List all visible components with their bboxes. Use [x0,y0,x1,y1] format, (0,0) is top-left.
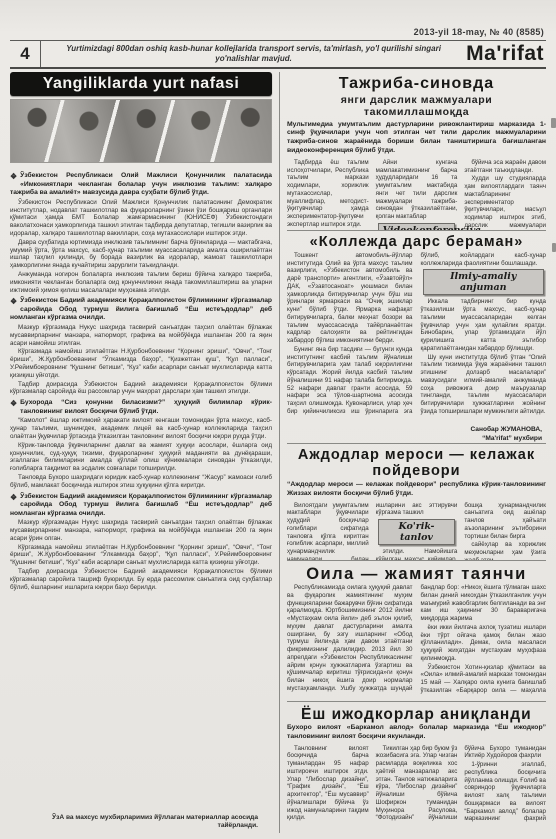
article-paragraph: Шу куни институтда бўлиб ўтган “Олий таъ… [421,354,547,416]
scan-artifact [552,243,556,252]
brief-paragraph: Мазкур кўргазмада Нукус шаҳрида тасвирий… [10,324,272,347]
news-briefs-column: Yangiliklarda yurt nafasi ❖Ўзбекистон Ре… [10,72,280,833]
article-title: Оила — жамият таянчи [287,565,546,583]
article-body-columns: Танловнинг вилоят босқичида барча туманл… [287,745,546,833]
brief-paragraph: Мазкур кўргазмадан Нукус шаҳрида тасвири… [10,519,272,542]
article-oila-jamiyat-tayanchi: Оила — жамият таянчи Республикамизда оил… [287,560,546,701]
masthead-band: 4 Yurtimizdagi 800dan oshiq kasb-hunar k… [10,40,546,69]
article-kollejda-dars-beraman: «Коллежда дарс бераман» Тошкент автомоби… [287,230,546,443]
article-subtitle: янги дарслик мажмуалари такомиллашмоқда [287,94,546,118]
brief-marker-icon: ❖ [10,172,17,182]
brief-paragraph: Кўргазмада намойиш этилаётган Н.Қурбонбо… [10,544,272,567]
article-paragraph: Тошкент автомобиль-йўллар институтида Ол… [287,252,413,345]
page-content: Yangiliklarda yurt nafasi ❖Ўзбекистон Ре… [10,72,546,833]
brief-paragraph: Танловда Бухоро шаҳридаги юридик касб-ҳу… [10,474,272,490]
article-title: Ёш ижодкорлар аниқланди [287,706,546,723]
article-lead: Мультимедиа умумтаълим дастурларини риво… [287,121,546,156]
article-lead: Бухоро вилоят «Баркамол авлод» болалар м… [287,724,546,742]
article-paragraph: Танловнинг вилоят босқичида барча туманл… [287,745,369,823]
article-lead: “Аждодлар мероси — келажак пойдевори” ре… [287,481,546,499]
article-ajdodlar-merosi: Аждодлар мероси — келажак пойдевори “Ажд… [287,443,546,560]
scan-artifact [551,118,556,128]
issue-date: 2013-yil 18-may, № 40 (8585) [414,27,544,37]
article-body-columns: Республикамизда оилага ҳуқуқий давлат ва… [287,584,546,696]
masthead-teaser: Yurtimizdagi 800dan oshiq kasb-hunar kol… [41,44,466,64]
article-paragraph: Тадбирда ёш таълим ислоҳотчилари, Респуб… [287,159,369,229]
brief-paragraph: Кўргазмада намойиш этилаётган Н.Қурбонбо… [10,348,272,379]
article-title: Аждодлар мероси — келажак пойдевори [287,448,546,480]
article-paragraph: Айни кунгача мамлакатимизнинг барча ҳуду… [376,159,458,221]
news-briefs-list: ❖Ўзбекистон Республикаси Олий Мажлиси Қо… [10,169,272,810]
column-signoff: ЎзА ва махсус мухбирларимиз йўллаган мат… [10,814,258,831]
article-body-columns: Тадбирда ёш таълим ислоҳотчилари, Респуб… [287,159,546,230]
brief-paragraph: Ўзбекистон Республикаси Олий Мажлиси Қон… [10,199,272,238]
article-body-columns: Вилоятдаги умумтаълим мактаблари ўқувчил… [287,502,546,560]
brief-marker-icon: ❖ [10,297,17,307]
articles-column: Тажриба-синовда янги дарслик мажмуалари … [280,72,546,833]
article-yosh-ijodkorlar: Ёш ижодкорлар аниқланди Бухоро вилоят «Б… [287,701,546,833]
article-body-columns: Тошкент автомобиль-йўллар институтида Ол… [287,252,546,424]
brief-paragraph: Тадбир доирасида Ўзбекистон Бадиий акаде… [10,568,272,591]
brief-marker-icon: ❖ [10,493,17,503]
brief-lead: ❖Ўзбекистон Бадиий академияси Қорақалпоғ… [10,297,272,323]
brief-lead: ❖Бухорода “Сиз қонунни биласизми?” ҳуқуқ… [10,399,272,416]
brief-paragraph: “Камолот” ёшлар ижтимоий ҳаракати вилоят… [10,417,272,440]
newspaper-logo: Ma'rifat [466,42,546,66]
article-paragraph: Иккала тадбирнинг бир кунда ўтказилиши ў… [421,298,547,352]
rubric-box-korik-tanlov: Ko'rik-tanlov [378,519,456,545]
brief-paragraph: Давра суҳбатида юртимизда инклюзив таъли… [10,239,272,270]
byline-name: Санобар ЖУМАНОВА, [470,426,542,433]
brief-paragraph: Тадбир доирасида Ўзбекистон Бадиий акаде… [10,381,272,397]
article-tajriba-sinovda: Тажриба-синовда янги дарслик мажмуалари … [287,72,546,230]
brief-paragraph: Анжуманда ногирон болаларга инклюзив таъ… [10,271,272,294]
brief-lead-text: Бухорода “Сиз қонунни биласизми?” ҳуқуқи… [20,399,272,415]
rubric-box-ilmiy-amaliy-anjuman: Ilmiy-amaliy anjuman [423,269,545,295]
article-title: Тажриба-синовда [287,75,546,93]
page-number: 4 [10,41,41,67]
portraits-photo-montage [10,99,272,163]
article-title: «Коллежда дарс бераман» [287,235,546,251]
brief-lead-text: Ўзбекистон Республикаси Олий Мажлиси Қон… [10,172,272,196]
brief-paragraph: Кўрик-танловда ўқувчиларнинг давлат ва ж… [10,442,272,473]
rubric-box-videokonferensiya: Videokonferensiya [378,223,456,230]
brief-lead-text: Ўзбекистон Бадиий академияси Қорақалпоғи… [10,297,272,321]
article-byline: Санобар ЖУМАНОВА, “Ma'rifat” мухбири [287,426,542,443]
article-paragraph: сайёҳлар ва хорижлик меҳмонларни ҳам ўзи… [464,541,546,560]
column-banner-title: Yangiliklarda yurt nafasi [10,72,272,96]
article-paragraph: ёки икки йилгача ахлоқ тузатиш ишлари ёк… [421,624,547,663]
brief-lead-text: Ўзбекистон Бадиий академияси Қорақалпоғи… [10,493,272,517]
article-paragraph: бўйича эса жараён давом этаётгани таъкид… [464,159,546,175]
brief-lead: ❖Ўзбекистон Бадиий академияси Қорақалпоғ… [10,493,272,519]
brief-lead: ❖Ўзбекистон Республикаси Олий Мажлиси Қо… [10,172,272,198]
byline-role: “Ma'rifat” мухбири [482,435,542,442]
brief-marker-icon: ❖ [10,399,17,409]
newspaper-page: 2013-yil 18-may, № 40 (8585) 4 Yurtimizd… [0,0,556,839]
